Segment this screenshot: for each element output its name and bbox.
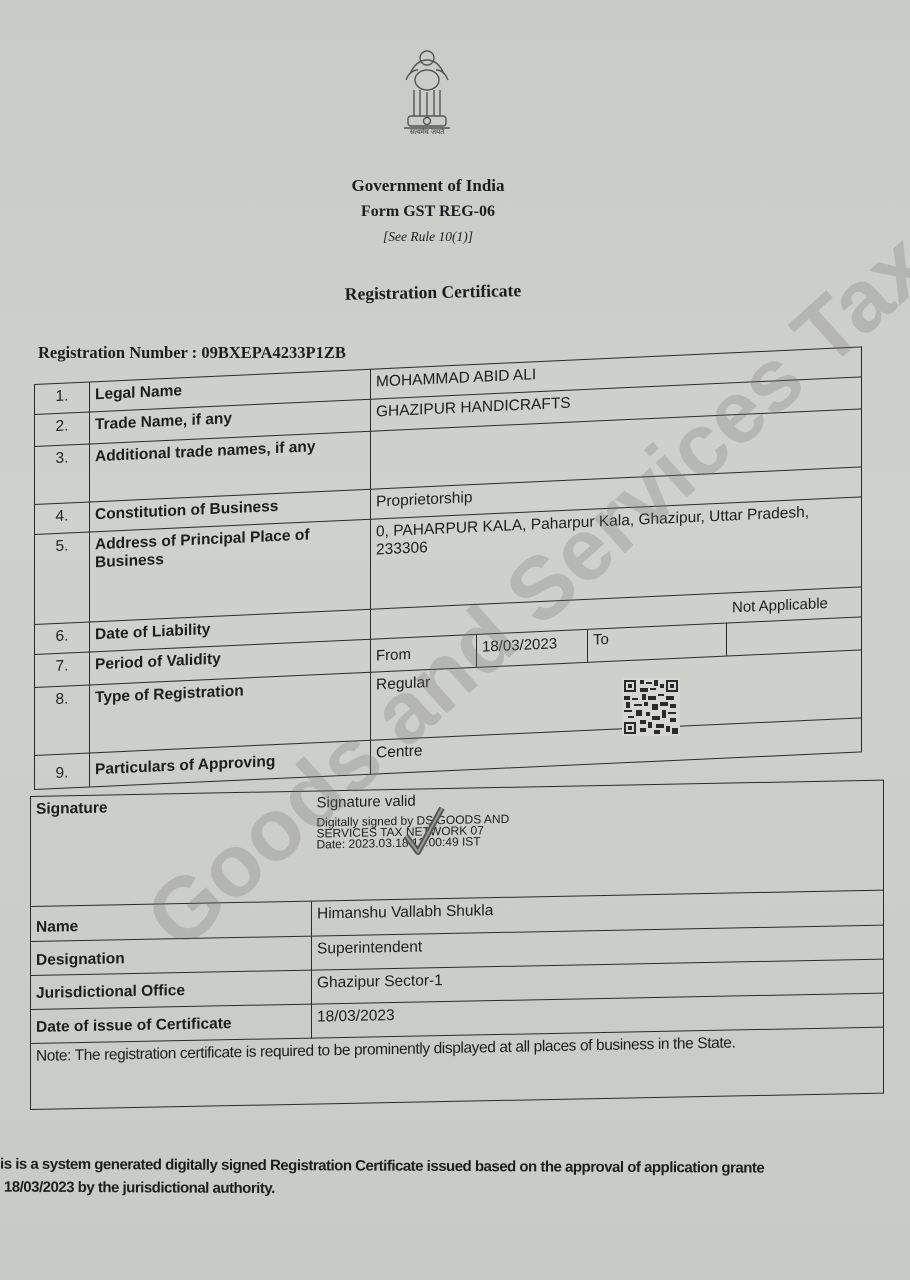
- rule-reference: [See Rule 10(1)]: [0, 229, 856, 245]
- registration-number: Registration Number : 09BXEPA4233P1ZB: [38, 343, 346, 363]
- certificate-title: Registration Certificate: [0, 273, 866, 312]
- row-number: 4.: [35, 502, 90, 534]
- footer-line1: is is a system generated digitally signe…: [0, 1156, 910, 1178]
- authority-label: Designation: [31, 936, 312, 975]
- row-label: Address of Principal Place of Business: [90, 519, 371, 622]
- signature-label: Signature: [31, 791, 312, 906]
- form-heading: Form GST REG-06: [0, 203, 856, 221]
- certificate-page: सत्यमेव जयते Government of India Form GS…: [0, 0, 910, 1280]
- qr-code-icon: [622, 678, 680, 736]
- government-heading: Government of India: [0, 176, 856, 196]
- validity-to-value: Not Applicable: [727, 593, 861, 655]
- system-generated-footer: is is a system generated digitally signe…: [0, 1156, 910, 1201]
- authority-label: Date of issue of Certificate: [31, 1004, 312, 1043]
- row-number: 3.: [35, 444, 90, 504]
- row-number: 1.: [35, 382, 90, 414]
- authority-table: Signature Signature valid Digitally sign…: [30, 780, 884, 1110]
- registration-number-value: 09BXEPA4233P1ZB: [201, 343, 346, 362]
- national-emblem-icon: [396, 44, 458, 140]
- authority-label: Name: [31, 901, 312, 941]
- footer-line2: 18/03/2023 by the jurisdictional authori…: [4, 1179, 910, 1201]
- row-number: 5.: [35, 532, 90, 624]
- signature-valid-check-icon: [398, 800, 448, 860]
- authority-label: Jurisdictional Office: [31, 970, 312, 1009]
- row-number: 2.: [35, 412, 90, 446]
- validity-to-label: To: [588, 624, 727, 662]
- row-number: 9.: [35, 753, 90, 789]
- registration-number-label: Registration Number :: [38, 343, 197, 362]
- row-label: Type of Registration: [90, 672, 371, 753]
- validity-from-value: 18/03/2023: [477, 630, 588, 667]
- registration-details-table: 1. Legal Name MOHAMMAD ABID ALI 2. Trade…: [34, 346, 862, 790]
- validity-from-label: From: [371, 635, 477, 672]
- row-number: 7.: [35, 652, 90, 687]
- emblem-motto: सत्यमेव जयते: [394, 128, 460, 137]
- row-number: 8.: [35, 685, 90, 755]
- signature-row: Signature Signature valid Digitally sign…: [31, 780, 884, 906]
- row-number: 6.: [35, 622, 90, 654]
